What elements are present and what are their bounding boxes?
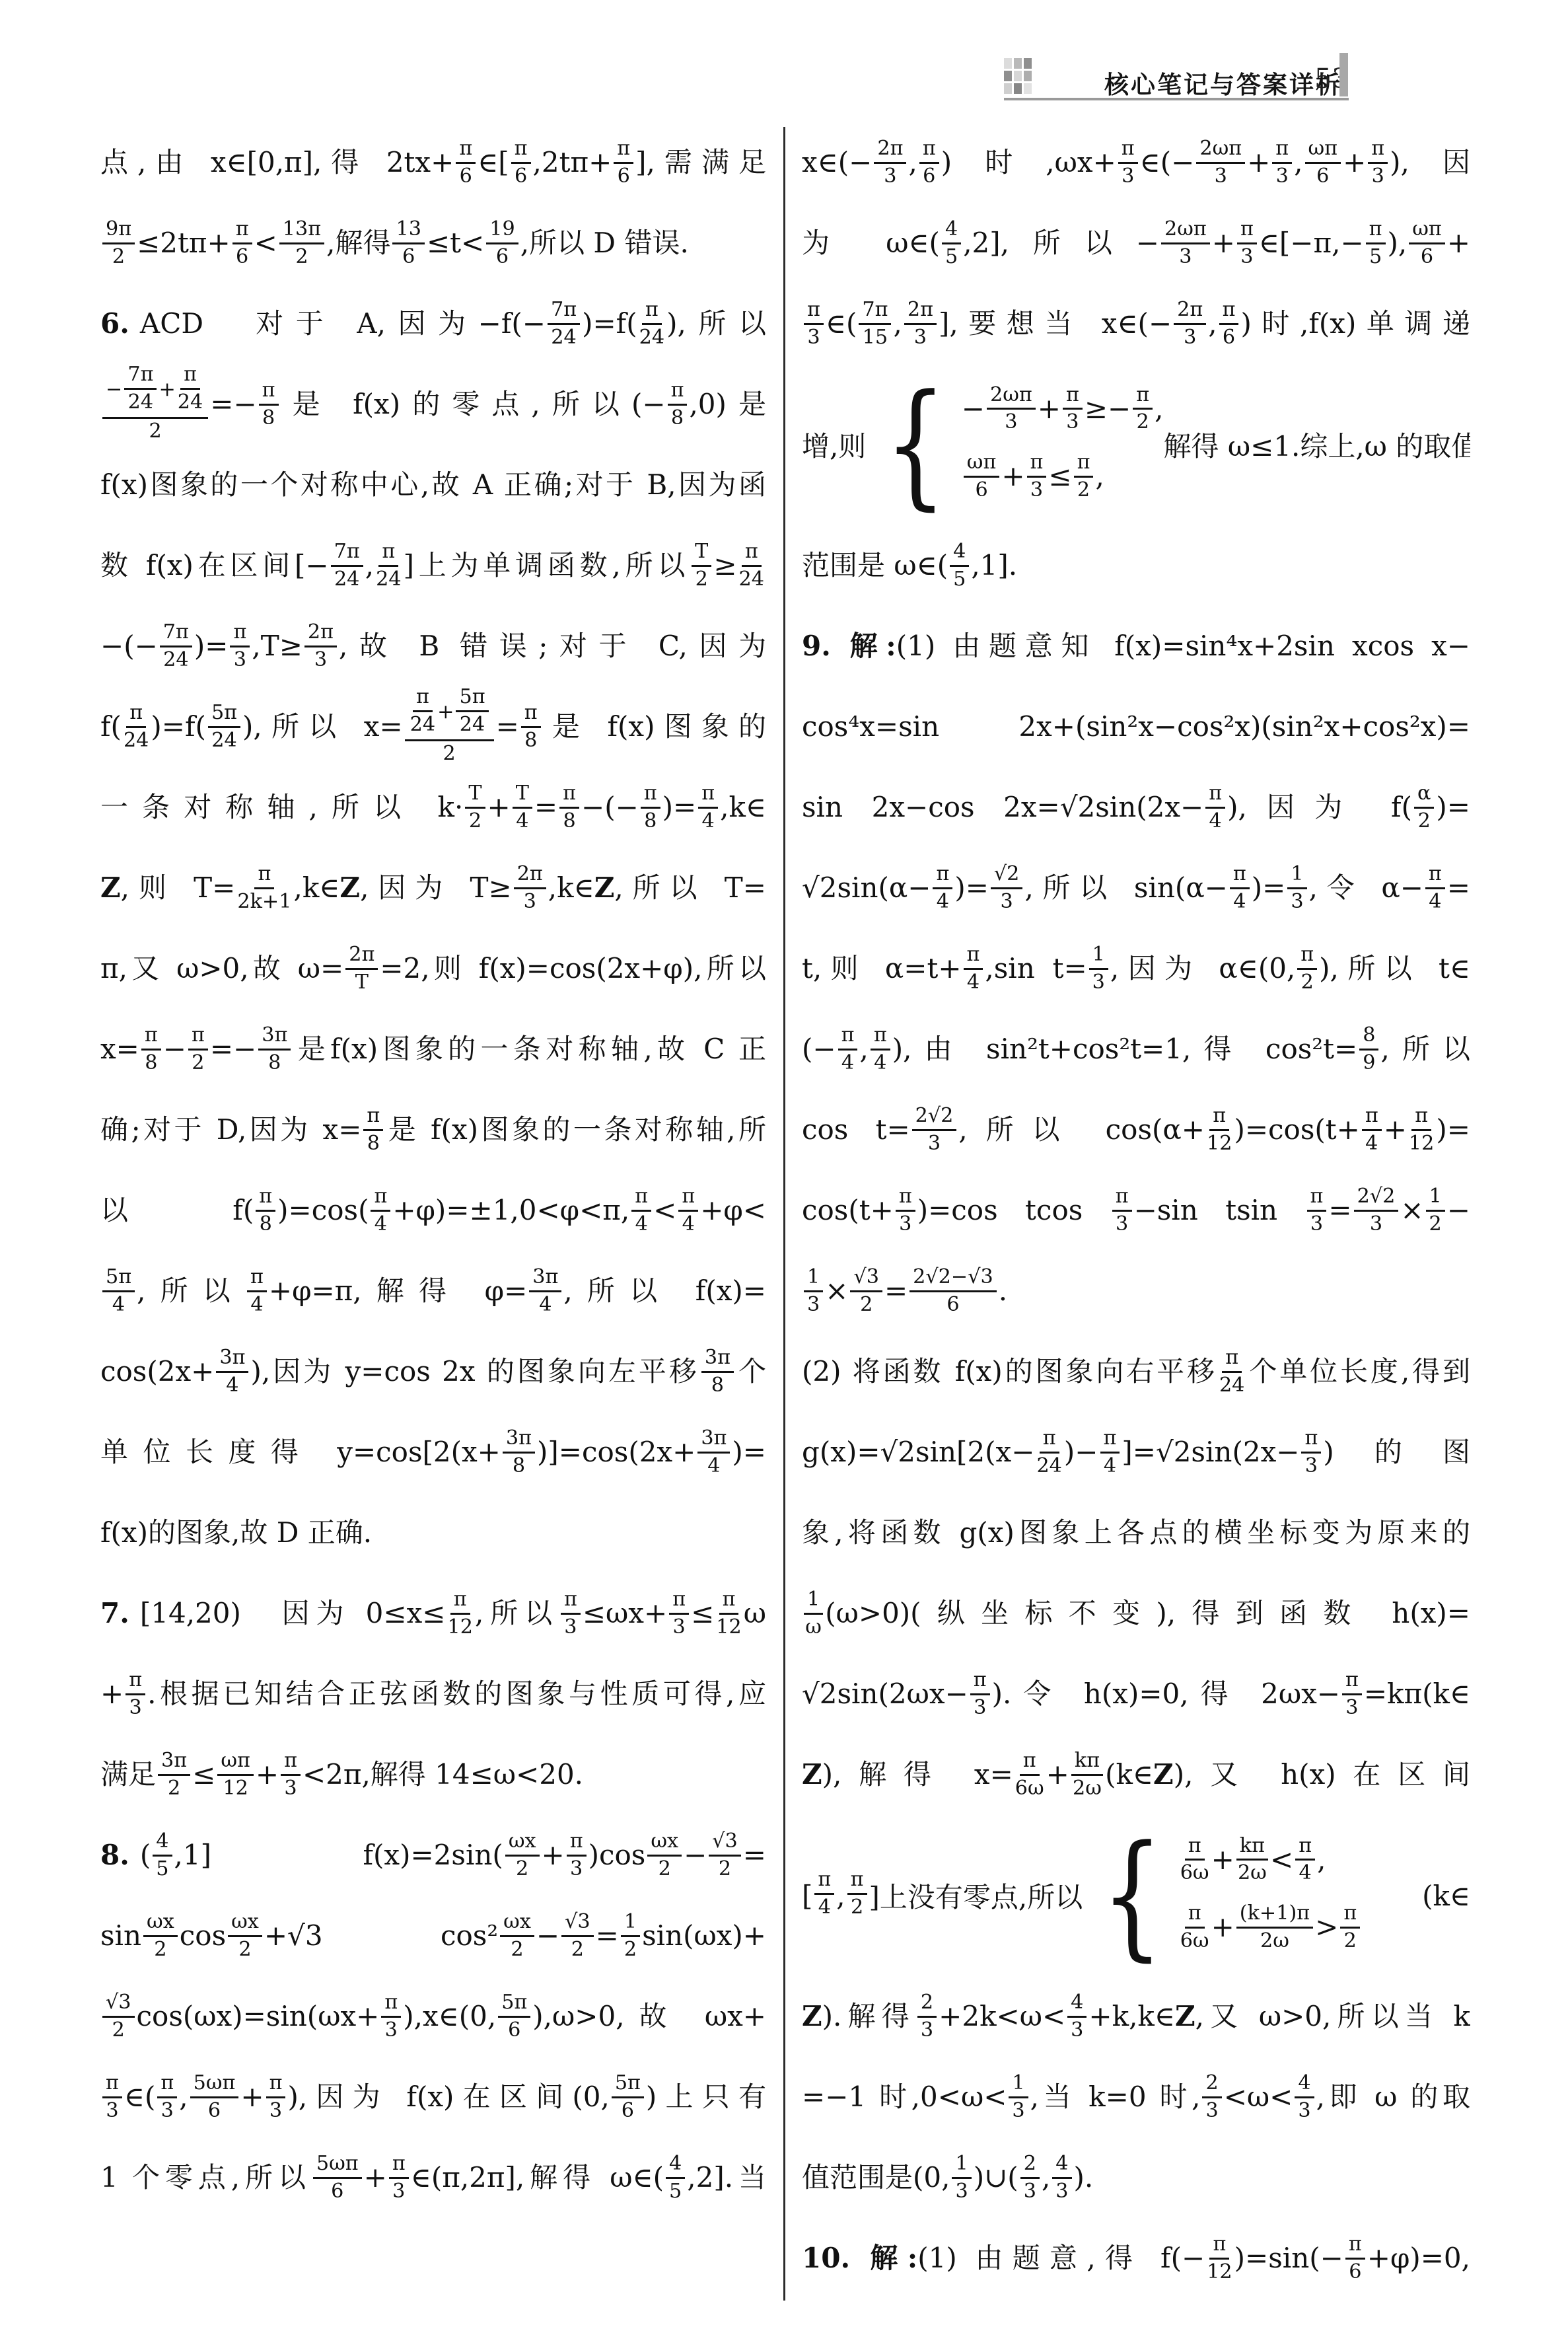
page-header: 核心笔记与答案详析 53	[1004, 57, 1349, 100]
fraction: π3	[1307, 1186, 1327, 1235]
fraction: (k+1)π2ω	[1236, 1903, 1313, 1952]
fraction: ωπ6	[1305, 138, 1341, 187]
brace-icon: {	[1102, 1841, 1164, 1950]
math-line: 10.解:(1) 由题意,得 f(−π12)=sin(−π6+φ)=0,	[802, 2218, 1470, 2299]
math-line: √2sin(α−π4)=√23,所以 sin(α−π4)=13,令 α−π4=	[802, 848, 1470, 928]
fraction: 45	[942, 219, 961, 268]
fraction: π24+5π242	[405, 688, 494, 765]
fraction: 2√23	[1354, 1186, 1399, 1235]
fraction: 43	[1052, 2153, 1071, 2202]
fraction: π12	[1207, 1105, 1232, 1154]
fraction: π3	[561, 1589, 581, 1638]
fraction: π8	[559, 783, 579, 832]
fraction: 13π2	[279, 219, 324, 268]
math-line: Z),解得 x=π6ω+kπ2ω(k∈Z),又 h(x)在区间	[802, 1734, 1470, 1815]
fraction: 3π2	[158, 1750, 190, 1799]
fraction: π3	[804, 299, 824, 348]
fraction: π4	[1230, 864, 1250, 912]
fraction: ωx2	[500, 1911, 534, 1960]
fraction: 45	[153, 1831, 172, 1880]
fraction: ωπ6	[1409, 219, 1445, 268]
fraction: π5	[1366, 219, 1386, 268]
fraction: π4	[698, 783, 718, 832]
fraction: 2ωπ3	[1196, 138, 1245, 187]
fraction: π6	[456, 138, 476, 187]
fraction: √32	[709, 1831, 741, 1880]
fraction: T2	[692, 541, 711, 590]
fraction: π3	[1112, 1186, 1132, 1235]
fraction: √32	[102, 1992, 135, 2041]
fraction: kπ2ω	[1071, 1750, 1103, 1799]
math-line: 确;对于 D,因为 x=π8是 f(x)图象的一条对称轴,所	[100, 1089, 766, 1170]
fraction: π3	[1118, 138, 1138, 187]
fraction: ωx2	[647, 1831, 682, 1880]
fraction: 13	[1009, 2073, 1028, 2122]
fraction: π24	[1036, 1428, 1061, 1477]
math-line: x=π8−π2=−3π8是f(x)图象的一条对称轴,故 C 正	[100, 1009, 766, 1089]
math-line: 为 ω∈(45,2],所以−2ωπ3+π3∈[−π,−π5),ωπ6+	[802, 203, 1470, 283]
fraction: π24	[124, 702, 149, 751]
system-row: ωπ6+π3≤π2,	[962, 454, 1164, 503]
fraction: ωx2	[143, 1911, 178, 1960]
fraction: π24	[1219, 1347, 1244, 1396]
fraction: 3π8	[503, 1428, 535, 1477]
math-line: 9.解:(1) 由题意知 f(x)=sin⁴x+2sin xcos x−	[802, 606, 1470, 686]
fraction: π6ω	[1015, 1750, 1044, 1799]
fraction: 12	[1426, 1186, 1445, 1235]
fraction: ωπ12	[217, 1750, 254, 1799]
math-line: x∈(−2π3,π6)时,ωx+π3∈(−2ωπ3+π3,ωπ6+π3),因	[802, 122, 1470, 203]
fraction: √23	[991, 864, 1023, 912]
fraction: π3	[1027, 452, 1047, 501]
fraction: 7π24	[548, 299, 580, 348]
fraction: π4	[678, 1186, 698, 1235]
math-line: f(x)的图象,故 D 正确.	[100, 1493, 766, 1573]
fraction: π24	[639, 299, 664, 348]
fraction: 13	[1287, 864, 1306, 912]
fraction: 3π4	[216, 1347, 248, 1396]
fraction: π24	[376, 541, 401, 590]
fraction: π8	[259, 380, 279, 429]
math-line: t,则 α=t+π4,sin t=13,因为 α∈(0,π2),所以 t∈	[802, 928, 1470, 1009]
brace-icon: {	[885, 390, 947, 499]
question-number: 6.	[100, 307, 129, 340]
fraction: π3	[102, 2073, 122, 2122]
fraction: π12	[1207, 2234, 1232, 2283]
squares-decoration-icon	[1004, 58, 1032, 94]
fraction: π3	[1272, 138, 1292, 187]
fraction: 7π24	[331, 541, 363, 590]
math-line: cos t=2√23,所以 cos(α+π12)=cos(t+π4+π12)=	[802, 1089, 1470, 1170]
fraction: π24	[178, 364, 203, 413]
math-line: 值范围是(0,13)∪(23,43).	[802, 2137, 1470, 2218]
question-number: 7.	[100, 1597, 129, 1629]
math-line: cos⁴x=sin 2x+(sin²x−cos²x)(sin²x+cos²x)=	[802, 686, 1470, 767]
math-line: cos(2x+3π4),因为 y=cos 2x 的图象向左平移3π8个	[100, 1331, 766, 1412]
answer-column-right: x∈(−2π3,π6)时,ωx+π3∈(−2ωπ3+π3,ωπ6+π3),因为 …	[802, 122, 1470, 2299]
fraction: 13	[1089, 944, 1108, 993]
fraction: π2	[1133, 385, 1153, 433]
math-line: −(−7π24)=π3,T≥2π3,故 B 错误;对于 C,因为	[100, 606, 766, 686]
math-line: 范围是 ω∈(45,1].	[802, 525, 1470, 606]
fraction: T2	[465, 783, 485, 832]
math-line: sinωx2cosωx2+√3 cos²ωx2−√32=12sin(ωx)+	[100, 1896, 766, 1976]
fraction: π3	[970, 1670, 990, 1718]
fraction: 3π4	[529, 1267, 561, 1315]
fraction: π2	[1297, 944, 1317, 993]
fraction: 5ωπ6	[190, 2073, 239, 2122]
fraction: π4	[814, 1869, 834, 1918]
fraction: √32	[561, 1911, 594, 1960]
fraction: π8	[363, 1105, 383, 1154]
fraction: 2πT	[345, 944, 378, 993]
math-line: 1 个零点,所以5ωπ6+π3∈(π,2π],解得 ω∈(45,2].当	[100, 2137, 766, 2218]
fraction: π3	[1237, 219, 1257, 268]
math-line: =−1 时,0<ω<13,当 k=0 时,23<ω<43,即 ω 的取	[802, 2057, 1470, 2137]
fraction: π3	[1301, 1428, 1321, 1477]
fraction: 5π4	[102, 1267, 135, 1315]
fraction: π8	[141, 1025, 161, 1074]
fraction: π6	[1219, 299, 1239, 348]
fraction: 23	[1202, 2073, 1221, 2122]
fraction: π3	[230, 622, 250, 671]
fraction: π6	[232, 219, 252, 268]
math-line: 点,由 x∈[0,π],得 2tx+π6∈[π6,2tπ+π6],需满足	[100, 122, 766, 203]
fraction: 7π24	[124, 364, 157, 413]
fraction: 2ωπ3	[987, 385, 1036, 433]
math-line: 8.(45,1] f(x)=2sin(ωx2+π3)cosωx2−√32=	[100, 1815, 766, 1896]
fraction: 2√2−√36	[909, 1267, 997, 1315]
fraction: π4	[371, 1186, 390, 1235]
header-side-bar	[1339, 53, 1348, 96]
math-line: f(π24)=f(5π24),所以 x=π24+5π242=π8是 f(x)图象…	[100, 686, 766, 767]
question-number: 8.	[100, 1839, 129, 1871]
fraction: π2	[847, 1869, 867, 1918]
fraction: ωx2	[228, 1911, 262, 1960]
math-line: π3∈(7π15,2π3],要想当 x∈(−2π3,π6)时,f(x)单调递	[802, 283, 1470, 364]
fraction: π6ω	[1180, 1903, 1209, 1952]
fraction: π4	[1295, 1835, 1315, 1884]
fraction: π3	[1063, 385, 1083, 433]
fraction: 2π3	[904, 299, 937, 348]
fraction: 2π3	[304, 622, 337, 671]
fraction: π4	[1425, 864, 1445, 912]
math-line: 象,将函数 g(x)图象上各点的横坐标变为原来的	[802, 1493, 1470, 1573]
fraction: π8	[668, 380, 688, 429]
fraction: 9π2	[102, 219, 135, 268]
fraction: 13	[952, 2153, 971, 2202]
fraction: π3	[381, 1992, 401, 2041]
math-line: 13×√32=2√2−√36.	[802, 1251, 1470, 1331]
fraction: 7π15	[859, 299, 891, 348]
fraction: 2π3	[514, 864, 546, 912]
math-line: (2) 将函数 f(x)的图象向右平移π24个单位长度,得到	[802, 1331, 1470, 1412]
fraction: 5ωπ6	[313, 2153, 362, 2202]
math-line: 9π2≤2tπ+π6<13π2,解得136≤t<196,所以 D 错误.	[100, 203, 766, 283]
fraction: 89	[1359, 1025, 1378, 1074]
math-line: 6.ACD 对于 A,因为−f(−7π24)=f(π24),所以	[100, 283, 766, 364]
math-line: 5π4,所以π4+φ=π,解得 φ=3π4,所以 f(x)=	[100, 1251, 766, 1331]
fraction: π2	[188, 1025, 208, 1074]
fraction: kπ2ω	[1236, 1835, 1268, 1884]
fraction: π3	[266, 2073, 286, 2122]
math-line: 1ω(ω>0)(纵坐标不变),得到函数 h(x)=	[802, 1573, 1470, 1654]
math-line: g(x)=√2sin[2(x−π24)−π4]=√2sin(2x−π3)的图	[802, 1412, 1470, 1493]
fraction: π3	[1368, 138, 1388, 187]
fraction: π3	[157, 2073, 177, 2122]
math-line: 满足3π2≤ωπ12+π3<2π,解得 14≤ω<20.	[100, 1734, 766, 1815]
fraction: π4	[933, 864, 952, 912]
fraction: π6	[1345, 2234, 1365, 2283]
fraction: α2	[1414, 783, 1434, 832]
fraction: π12	[447, 1589, 472, 1638]
fraction: π3	[669, 1589, 689, 1638]
answer-book-page: 核心笔记与答案详析 53 点,由 x∈[0,π],得 2tx+π6∈[π6,2t…	[0, 0, 1568, 2325]
math-line: cos(t+π3)=cos tcos π3−sin tsin π3=2√23×1…	[802, 1170, 1470, 1251]
fraction: 45	[950, 541, 969, 590]
fraction: 3π8	[701, 1347, 734, 1396]
fraction: π4	[871, 1025, 890, 1074]
fraction: π2	[1340, 1903, 1360, 1952]
fraction: 5π24	[208, 702, 240, 751]
fraction: 13	[804, 1267, 823, 1315]
fraction: π3	[125, 1670, 145, 1718]
fraction: 136	[392, 219, 424, 268]
fraction: π2k+1	[237, 864, 291, 912]
math-line-system: [π4,π2]上没有零点,所以{π6ω+kπ2ω<π4,π6ω+(k+1)π2ω…	[802, 1815, 1470, 1976]
fraction: 5π24	[456, 686, 488, 735]
fraction: π3	[567, 1831, 587, 1880]
fraction: 2√23	[912, 1105, 957, 1154]
fraction: π12	[1409, 1105, 1434, 1154]
fraction: π4	[1362, 1105, 1382, 1154]
system-row: −2ωπ3+π3≥−π2,	[962, 387, 1164, 435]
math-line: √32cos(ωx)=sin(ωx+π3),x∈(0,5π6),ω>0,故 ωx…	[100, 1976, 766, 2057]
fraction: 45	[666, 2153, 685, 2202]
fraction: 7π24	[160, 622, 192, 671]
fraction: π8	[256, 1186, 275, 1235]
fraction: π6	[511, 138, 531, 187]
system-row: π6ω+kπ2ω<π4,	[1178, 1837, 1363, 1886]
system-row: π6ω+(k+1)π2ω>π2	[1178, 1905, 1363, 1954]
fraction: 23	[917, 1992, 937, 2041]
math-line: +π3.根据已知结合正弦函数的图象与性质可得,应	[100, 1654, 766, 1734]
fraction: √32	[850, 1267, 882, 1315]
question-number: 9.	[802, 630, 831, 662]
fraction: π6	[614, 138, 633, 187]
math-line: 数 f(x)在区间[−7π24,π24]上为单调函数,所以T2≥π24	[100, 525, 766, 606]
math-line: 7.[14,20) 因为 0≤x≤π12,所以π3≤ωx+π3≤π12ω	[100, 1573, 766, 1654]
fraction: 2ωπ3	[1161, 219, 1210, 268]
fraction: 1ω	[804, 1589, 823, 1638]
column-divider	[783, 127, 785, 2301]
fraction: 12	[621, 1911, 640, 1960]
fraction: π24	[410, 686, 435, 735]
math-line: sin 2x−cos 2x=√2sin(2x−π4),因为 f(α2)=	[802, 767, 1470, 848]
fraction: π4	[631, 1186, 651, 1235]
math-line-system: 增,则{−2ωπ3+π3≥−π2,ωπ6+π3≤π2,解得 ω≤1.综上,ω 的…	[802, 364, 1470, 525]
math-line: f(x)图象的一个对称中心,故 A 正确;对于 B,因为函	[100, 445, 766, 525]
math-line: Z).解得23+2k<ω<43+k,k∈Z,又 ω>0,所以当 k	[802, 1976, 1470, 2057]
fraction: 5π6	[612, 2073, 644, 2122]
math-line: Z,则 T=π2k+1,k∈Z,因为 T≥2π3,k∈Z,所以 T=	[100, 848, 766, 928]
fraction: T4	[513, 783, 532, 832]
fraction: π4	[964, 944, 983, 993]
fraction: 43	[1295, 2073, 1314, 2122]
fraction: π12	[716, 1589, 741, 1638]
fraction: 2π3	[874, 138, 906, 187]
fraction: 196	[486, 219, 518, 268]
fraction: π4	[1205, 783, 1225, 832]
math-line: √2sin(2ωx−π3).令 h(x)=0,得 2ωx−π3=kπ(k∈	[802, 1654, 1470, 1734]
fraction: 43	[1067, 1992, 1087, 2041]
fraction: 3π4	[697, 1428, 730, 1477]
math-line: (−π4,π4),由 sin²t+cos²t=1,得 cos²t=89,所以	[802, 1009, 1470, 1089]
fraction: π8	[641, 783, 660, 832]
fraction: π24	[739, 541, 764, 590]
header-title: 核心笔记与答案详析	[1104, 65, 1342, 100]
fraction: π3	[281, 1750, 301, 1799]
fraction: π8	[521, 702, 541, 751]
fraction: ωx2	[505, 1831, 540, 1880]
fraction: −7π24+π242	[102, 366, 208, 443]
fraction: 23	[1020, 2153, 1040, 2202]
fraction: π6ω	[1180, 1835, 1209, 1884]
question-number: 10.	[802, 2242, 850, 2274]
math-line: 以 f(π8)=cos(π4+φ)=±1,0<φ<π,π4<π4+φ<	[100, 1170, 766, 1251]
fraction: π3	[389, 2153, 409, 2202]
fraction: π3	[1342, 1670, 1362, 1718]
math-line: π,又 ω>0,故 ω=2πT=2,则 f(x)=cos(2x+φ),所以	[100, 928, 766, 1009]
fraction: π4	[1100, 1428, 1120, 1477]
math-line: 单位长度得 y=cos[2(x+3π8)]=cos(2x+3π4)=	[100, 1412, 766, 1493]
fraction: π2	[1074, 452, 1094, 501]
answer-column-left: 点,由 x∈[0,π],得 2tx+π6∈[π6,2tπ+π6],需满足9π2≤…	[100, 122, 766, 2218]
math-line: −7π24+π242=−π8是 f(x)的零点,所以(−π8,0)是	[100, 364, 766, 445]
fraction: π3	[896, 1186, 915, 1235]
fraction: π4	[838, 1025, 858, 1074]
fraction: 5π6	[498, 1992, 530, 2041]
fraction: 2π3	[1174, 299, 1206, 348]
fraction: ωπ6	[964, 452, 1000, 501]
fraction: 3π8	[258, 1025, 291, 1074]
fraction: π4	[247, 1267, 267, 1315]
math-line: 一条对称轴,所以 k·T2+T4=π8−(−π8)=π4,k∈	[100, 767, 766, 848]
fraction: π6	[919, 138, 939, 187]
math-line: π3∈(π3,5ωπ6+π3),因为 f(x)在区间(0,5π6)上只有	[100, 2057, 766, 2137]
